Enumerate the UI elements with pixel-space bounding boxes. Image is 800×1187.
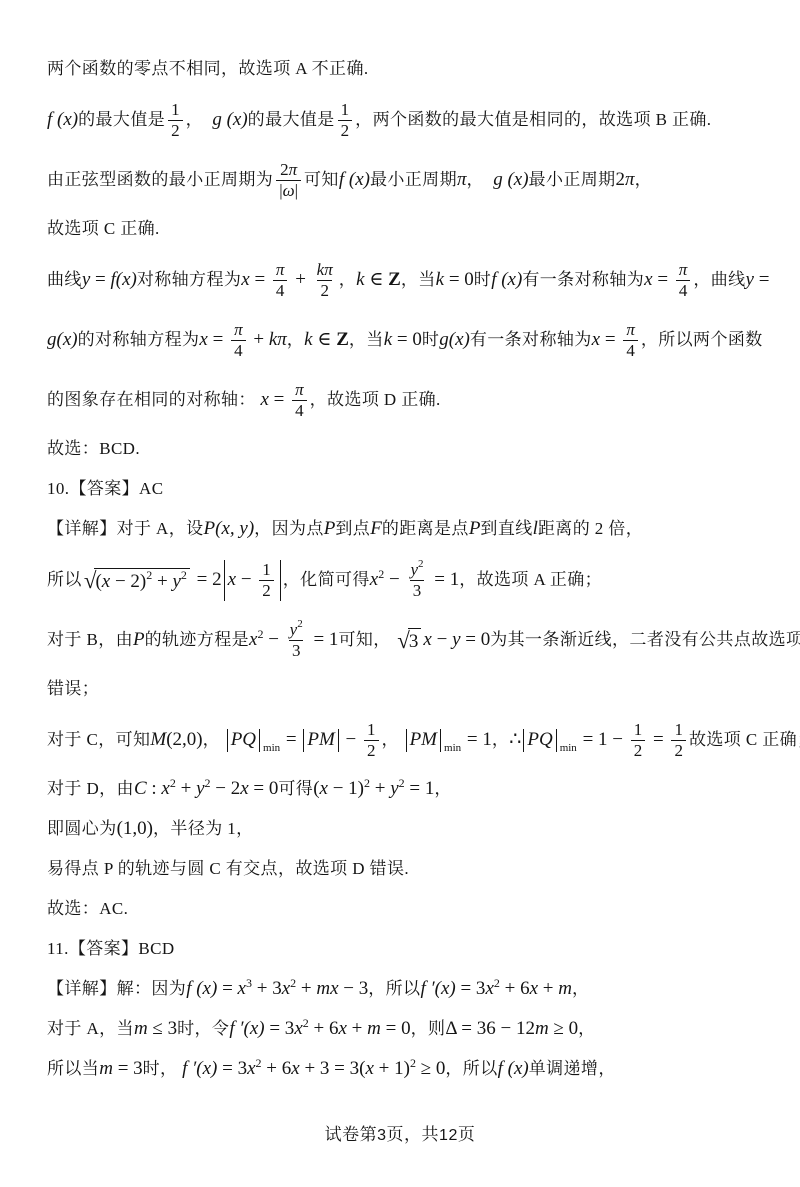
math-variable: F [370, 518, 382, 541]
superscript: 2 [297, 619, 303, 630]
math-variable: k [384, 329, 392, 352]
text-run: 【详解】对于 A，设 [47, 518, 204, 541]
math-symbol: + [370, 778, 390, 801]
math-symbol: 1 [367, 720, 376, 740]
math-symbol: ≥ 0 [416, 1058, 445, 1081]
math-symbol: ∈ [365, 269, 389, 292]
fraction: π4 [676, 260, 691, 302]
text-run: 时 [474, 269, 491, 292]
fraction: y23 [287, 620, 306, 662]
math-symbol: = 3 [456, 978, 486, 1001]
math-symbol: + 6 [500, 978, 530, 1001]
math-symbol: + [176, 778, 196, 801]
math-variable: y [290, 620, 298, 640]
text-run: 10.【答案】AC [47, 478, 163, 501]
numerator: y2 [287, 620, 306, 640]
radicand: 3 [408, 628, 422, 654]
q9-option-c-analysis: 由正弦型函数的最小正周期为2π|ω|可知f (x)最小正周期π， g (x)最小… [47, 156, 759, 205]
absolute-value: PQ [523, 729, 556, 752]
superscript: 2 [257, 628, 263, 640]
denominator: 4 [676, 280, 691, 301]
superscript: 2 [418, 559, 424, 570]
q10-option-a-derivation: 所以√(x − 2)2 + y2 = 2x − 12，化简可得x2 − y23 … [47, 556, 759, 605]
text-run: 由正弦型函数的最小正周期为 [47, 169, 273, 192]
math-symbol: ∈ [313, 329, 337, 352]
text-run: 曲线 [47, 269, 82, 292]
math-variable: y [82, 269, 90, 292]
math-variable: x [247, 1058, 255, 1081]
q11-detail-derivative: 【详解】解：因为f (x) = x3 + 3x2 + mx − 3，所以f ′(… [47, 976, 759, 1003]
q9-option-a-conclusion: 两个函数的零点不相同，故选项 A 不正确. [47, 56, 759, 83]
math-symbol: − [341, 729, 361, 752]
text-run: ， [578, 1018, 595, 1041]
text-run: ，当 [401, 269, 436, 292]
math-symbol: (1,0) [117, 818, 153, 841]
superscript: 2 [170, 777, 176, 789]
q10-final-answer: 故选：AC. [47, 896, 759, 923]
denominator: 2 [259, 580, 274, 601]
numerator: π [273, 260, 288, 280]
math-symbol: 2 [341, 121, 350, 141]
math-symbol: = 0 [444, 269, 474, 292]
math-symbol: − 1) [328, 778, 364, 801]
math-symbol: = [600, 329, 620, 352]
numerator: 1 [338, 100, 353, 120]
q9-final-answer: 故选：BCD. [47, 436, 759, 463]
text-run: ，曲线 [693, 269, 745, 292]
math-variable: g(x) [439, 329, 470, 352]
denominator: 4 [273, 280, 288, 301]
math-symbol: 2 [171, 121, 180, 141]
footer-prefix: 试卷第 [325, 1125, 378, 1144]
subscript: min [263, 743, 280, 754]
math-symbol: = [653, 269, 673, 292]
text-run: 错误； [47, 678, 99, 701]
math-variable: C [134, 778, 147, 801]
math-variable: kπ [269, 329, 287, 352]
math-variable: π [276, 260, 285, 280]
numerator: 1 [631, 720, 646, 740]
math-variable: g (x) [493, 169, 528, 192]
q10-option-b-conclusion: 错误； [47, 676, 759, 703]
math-symbol: 2 [262, 581, 271, 601]
math-variable: x [592, 329, 600, 352]
math-variable: y [410, 560, 418, 580]
q11-answer-heading: 11.【答案】BCD [47, 936, 759, 963]
text-run: 所以当 [47, 1058, 99, 1081]
footer-page-number: 3 [377, 1127, 386, 1144]
math-variable: P [133, 629, 145, 652]
math-variable: m [558, 978, 572, 1001]
text-run: ，当 [349, 329, 384, 352]
superscript: 2 [256, 1057, 262, 1069]
math-variable: x [294, 1018, 302, 1041]
fraction: 2π|ω| [276, 160, 301, 202]
math-variable: P(x, y) [204, 518, 255, 541]
math-variable: y [746, 269, 754, 292]
math-symbol: 1 [341, 100, 350, 120]
numerator: π [231, 320, 246, 340]
text-run: 对称轴方程为 [137, 269, 241, 292]
math-variable: y [196, 778, 204, 801]
math-variable: x [485, 978, 493, 1001]
math-variable: PQ [231, 729, 256, 752]
absolute-value: PM [303, 729, 338, 752]
math-variable: x [260, 389, 268, 412]
text-run: 可知 [304, 169, 339, 192]
text-run: 最小正周期 [370, 169, 457, 192]
math-symbol: 2 [616, 169, 626, 192]
math-variable: y [452, 629, 460, 652]
denominator: 3 [289, 640, 304, 661]
math-variable: P [469, 518, 481, 541]
math-symbol: 2 [367, 741, 376, 761]
fraction: π4 [273, 260, 288, 302]
superscript: 2 [303, 1017, 309, 1029]
text-run: ，故选项 A 正确； [459, 569, 602, 592]
denominator: 4 [231, 340, 246, 361]
fraction: 12 [631, 720, 646, 762]
text-run: ， [339, 269, 356, 292]
text-run: 的图象存在相同的对称轴： [47, 389, 260, 412]
math-bold-symbol: Z [336, 329, 349, 352]
math-symbol: 4 [626, 341, 635, 361]
q9-option-b-analysis: f (x)的最大值是12， g (x)的最大值是12，两个函数的最大值是相同的，… [47, 96, 759, 145]
text-run: 时 [422, 329, 439, 352]
text-run: 可得 [278, 778, 313, 801]
text-run: ，半径为 1， [153, 818, 254, 841]
text-run: 最小正周期 [529, 169, 616, 192]
math-variable: π [234, 320, 243, 340]
math-variable: kπ [317, 260, 333, 280]
subscript: min [560, 743, 577, 754]
fraction: 12 [168, 100, 183, 142]
fraction: 12 [259, 560, 274, 602]
denominator: 4 [292, 400, 307, 421]
math-symbol: 1 [171, 100, 180, 120]
math-symbol: − 2) [110, 571, 146, 594]
math-variable: m [99, 1058, 113, 1081]
math-symbol: = 2 [192, 569, 222, 592]
math-variable: y [172, 571, 180, 594]
numerator: 2π [277, 160, 300, 180]
math-symbol: + [152, 571, 172, 594]
footer-mid: 页，共 [387, 1125, 440, 1144]
math-symbol: + [249, 329, 269, 352]
math-symbol: + [347, 1018, 367, 1041]
text-run: 可知， [338, 629, 395, 652]
numerator: 1 [259, 560, 274, 580]
q10-option-b-analysis: 对于 B，由P的轨迹方程是x2 − y23 = 1可知， √3x − y = 0… [47, 616, 759, 665]
math-variable: π [289, 160, 298, 180]
denominator: 2 [631, 740, 646, 761]
denominator: |ω| [276, 180, 301, 201]
math-variable: x [199, 329, 207, 352]
text-run: 有一条对称轴为 [470, 329, 592, 352]
math-symbol: − 2 [211, 778, 241, 801]
math-variable: P [324, 518, 336, 541]
q9-option-d-analysis-1: 曲线y = f(x)对称轴方程为x = π4 + kπ2，k ∈ Z，当k = … [47, 256, 759, 305]
math-symbol: 4 [295, 401, 304, 421]
text-run: ，则 [411, 1018, 446, 1041]
subscript: min [444, 743, 461, 754]
text-run: ， [186, 109, 213, 132]
text-run: ， [382, 729, 404, 752]
math-symbol: 4 [276, 281, 285, 301]
superscript: 2 [205, 777, 211, 789]
math-variable: x [238, 978, 246, 1001]
math-variable: f (x) [491, 269, 522, 292]
math-symbol: 2 [320, 281, 329, 301]
absolute-value: PQ [227, 729, 260, 752]
text-run: ， [572, 978, 589, 1001]
text-run: 为其一条渐近线，二者没有公共点故选项 B [490, 629, 800, 652]
math-symbol: ∴ [509, 729, 521, 752]
math-variable: π [295, 380, 304, 400]
text-run: ，所以 [368, 978, 420, 1001]
footer-total-pages: 12 [439, 1127, 458, 1144]
q10-detail-option-a: 【详解】对于 A，设P(x, y)，因为点P到点F的距离是点P到直线l距离的 2… [47, 516, 759, 543]
math-variable: x [423, 629, 431, 652]
math-symbol: 1 [262, 560, 271, 580]
absolute-value: PM [406, 729, 441, 752]
math-symbol: | [295, 181, 298, 201]
math-symbol: ≥ 0 [549, 1018, 578, 1041]
math-variable: y [390, 778, 398, 801]
fraction: y23 [407, 560, 426, 602]
document-page: 两个函数的零点不相同，故选项 A 不正确.f (x)的最大值是12， g (x)… [0, 0, 800, 1187]
q11-option-a-analysis-1: 对于 A，当m ≤ 3时，令f ′(x) = 3x2 + 6x + m = 0，… [47, 1016, 759, 1043]
fraction: π4 [623, 320, 638, 362]
text-run: 【详解】解：因为 [47, 978, 186, 1001]
math-symbol: = 3 [217, 1058, 247, 1081]
math-symbol: + 3 [252, 978, 282, 1001]
math-symbol: = [250, 269, 270, 292]
math-symbol: = 1 [429, 569, 459, 592]
superscript: 2 [410, 1057, 416, 1069]
math-variable: x [291, 1058, 299, 1081]
superscript: 2 [494, 977, 500, 989]
math-variable: PM [307, 729, 334, 752]
math-variable: PQ [527, 729, 552, 752]
math-symbol: 3 [413, 581, 422, 601]
text-run: 对于 C，可知 [47, 729, 150, 752]
text-run: ，化简可得 [283, 569, 370, 592]
denominator: 2 [168, 120, 183, 141]
fraction: kπ2 [314, 260, 336, 302]
math-symbol: + [296, 978, 316, 1001]
math-variable: x [530, 978, 538, 1001]
denominator: 3 [410, 580, 425, 601]
math-variable: PM [410, 729, 437, 752]
text-run: 对于 B，由 [47, 629, 133, 652]
math-variable: mx [316, 978, 338, 1001]
math-variable: k [304, 329, 312, 352]
numerator: π [676, 260, 691, 280]
math-variable: π [457, 169, 467, 192]
text-run: ，所以两个函数 [641, 329, 763, 352]
text-run: 到点 [335, 518, 370, 541]
math-symbol: ≤ 3 [148, 1018, 177, 1041]
text-run: 对于 D，由 [47, 778, 134, 801]
math-symbol: 2 [280, 160, 289, 180]
q10-option-d-conclusion: 易得点 P 的轨迹与圆 C 有交点，故选项 D 错误. [47, 856, 759, 883]
text-run: 到直线 [480, 518, 532, 541]
math-symbol: 3 [409, 631, 419, 654]
fraction: 12 [338, 100, 353, 142]
text-run: 有一条对称轴为 [522, 269, 644, 292]
math-symbol: + 3 = 3( [300, 1058, 366, 1081]
text-run: ，两个函数的最大值是相同的，故选项 B 正确. [355, 109, 711, 132]
math-symbol: 4 [679, 281, 688, 301]
text-run: ，因为点 [254, 518, 324, 541]
text-run: ，故选项 D 正确. [310, 389, 441, 412]
numerator: y2 [407, 560, 426, 580]
math-variable: x [370, 569, 378, 592]
math-variable: π [626, 320, 635, 340]
denominator: 2 [338, 120, 353, 141]
absolute-value: x − 12 [224, 560, 281, 602]
q9-option-d-analysis-2: g(x)的对称轴方程为x = π4 + kπ，k ∈ Z，当k = 0时g(x)… [47, 316, 759, 365]
text-run: 的距离是点 [382, 518, 469, 541]
text-run: 故选：AC. [47, 898, 128, 921]
text-run: 距离的 2 倍， [538, 518, 643, 541]
math-symbol: = 1 − [578, 729, 628, 752]
math-variable: f (x) [498, 1058, 529, 1081]
math-symbol: = 0 [461, 629, 491, 652]
math-variable: x [161, 778, 169, 801]
math-symbol: = [281, 729, 301, 752]
numerator: kπ [314, 260, 336, 280]
math-variable: x [320, 778, 328, 801]
math-symbol: : [147, 778, 162, 801]
numerator: π [623, 320, 638, 340]
footer-suffix: 页 [458, 1125, 476, 1144]
math-symbol: − [384, 569, 404, 592]
text-run: 即圆心为 [47, 818, 117, 841]
math-variable: k [436, 269, 444, 292]
math-symbol: = 1 [462, 729, 492, 752]
math-symbol: + 6 [262, 1058, 292, 1081]
math-variable: g (x) [212, 109, 247, 132]
q10-option-d-analysis-1: 对于 D，由C : x2 + y2 − 2x = 0可得(x − 1)2 + y… [47, 776, 759, 803]
math-variable: m [535, 1018, 549, 1041]
math-variable: f (x) [339, 169, 370, 192]
math-symbol: = 0 [392, 329, 422, 352]
superscript: 2 [399, 777, 405, 789]
superscript: 2 [181, 569, 187, 581]
text-run: ， [635, 169, 652, 192]
text-run: 两个函数的零点不相同，故选项 A 不正确. [47, 58, 369, 81]
text-run: 的最大值是 [78, 109, 165, 132]
text-run: 故选：BCD. [47, 438, 140, 461]
text-run: 的对称轴方程为 [78, 329, 200, 352]
math-symbol: + 6 [309, 1018, 339, 1041]
superscript: 2 [364, 777, 370, 789]
text-run: ， [434, 778, 451, 801]
denominator: 4 [623, 340, 638, 361]
q10-option-d-analysis-2: 即圆心为(1,0)，半径为 1， [47, 816, 759, 843]
text-run: 11.【答案】BCD [47, 938, 175, 961]
math-variable: f ′(x) [420, 978, 455, 1001]
text-run: 对于 A，当 [47, 1018, 134, 1041]
math-variable: x [102, 571, 110, 594]
square-root: √(x − 2)2 + y2 [84, 568, 190, 594]
math-symbol: = [754, 269, 769, 292]
math-symbol: Δ = 36 − 12 [445, 1018, 535, 1041]
math-symbol: 3 [292, 641, 301, 661]
math-symbol: 1 [634, 720, 643, 740]
math-variable: m [367, 1018, 381, 1041]
math-variable: x [338, 1018, 346, 1041]
math-symbol: = 3 [265, 1018, 295, 1041]
page-footer: 试卷第3页，共12页 [0, 1120, 800, 1145]
math-symbol: + [290, 269, 310, 292]
fraction: 12 [671, 720, 686, 762]
math-variable: x [282, 978, 290, 1001]
math-symbol: − 3 [339, 978, 369, 1001]
square-root: √3 [397, 628, 421, 654]
math-variable: f ′(x) [229, 1018, 264, 1041]
math-variable: m [134, 1018, 148, 1041]
math-symbol: = 0 [249, 778, 279, 801]
text-run: ， [203, 729, 225, 752]
text-run: 故选项 C 正确； [689, 729, 800, 752]
text-run: 时，令 [177, 1018, 229, 1041]
radicand: (x − 2)2 + y2 [94, 568, 189, 594]
numerator: π [292, 380, 307, 400]
text-run: 易得点 P 的轨迹与圆 C 有交点，故选项 D 错误. [47, 858, 409, 881]
text-run: 的轨迹方程是 [145, 629, 249, 652]
text-run: ， [492, 729, 509, 752]
math-variable: x [228, 569, 236, 592]
math-symbol: + 1) [374, 1058, 410, 1081]
numerator: 1 [671, 720, 686, 740]
q10-answer-heading: 10.【答案】AC [47, 476, 759, 503]
denominator: 2 [671, 740, 686, 761]
math-symbol: = [648, 729, 668, 752]
math-symbol: + [538, 978, 558, 1001]
math-symbol: = 1 [405, 778, 435, 801]
math-symbol: = [217, 978, 237, 1001]
fraction: 12 [364, 720, 379, 762]
text-run: ，所以 [445, 1058, 497, 1081]
text-run: ， [287, 329, 304, 352]
text-run: 的最大值是 [248, 109, 335, 132]
math-variable: k [356, 269, 364, 292]
math-symbol: (2,0) [166, 729, 202, 752]
math-symbol: − [236, 569, 256, 592]
math-variable: f(x) [110, 269, 136, 292]
math-symbol: 1 [674, 720, 683, 740]
math-symbol: = 0 [381, 1018, 411, 1041]
math-bold-symbol: Z [388, 269, 401, 292]
math-variable: x [240, 778, 248, 801]
math-variable: f (x) [47, 109, 78, 132]
math-symbol: = [269, 389, 289, 412]
math-symbol: − [263, 629, 283, 652]
numerator: 1 [168, 100, 183, 120]
text-run: 所以 [47, 569, 82, 592]
q9-option-c-conclusion: 故选项 C 正确. [47, 216, 759, 243]
fraction: π4 [292, 380, 307, 422]
text-run: 故选项 C 正确. [47, 218, 160, 241]
math-variable: π [679, 260, 688, 280]
math-variable: M [150, 729, 166, 752]
text-run: 单调递增， [529, 1058, 616, 1081]
fraction: π4 [231, 320, 246, 362]
math-variable: x [241, 269, 249, 292]
